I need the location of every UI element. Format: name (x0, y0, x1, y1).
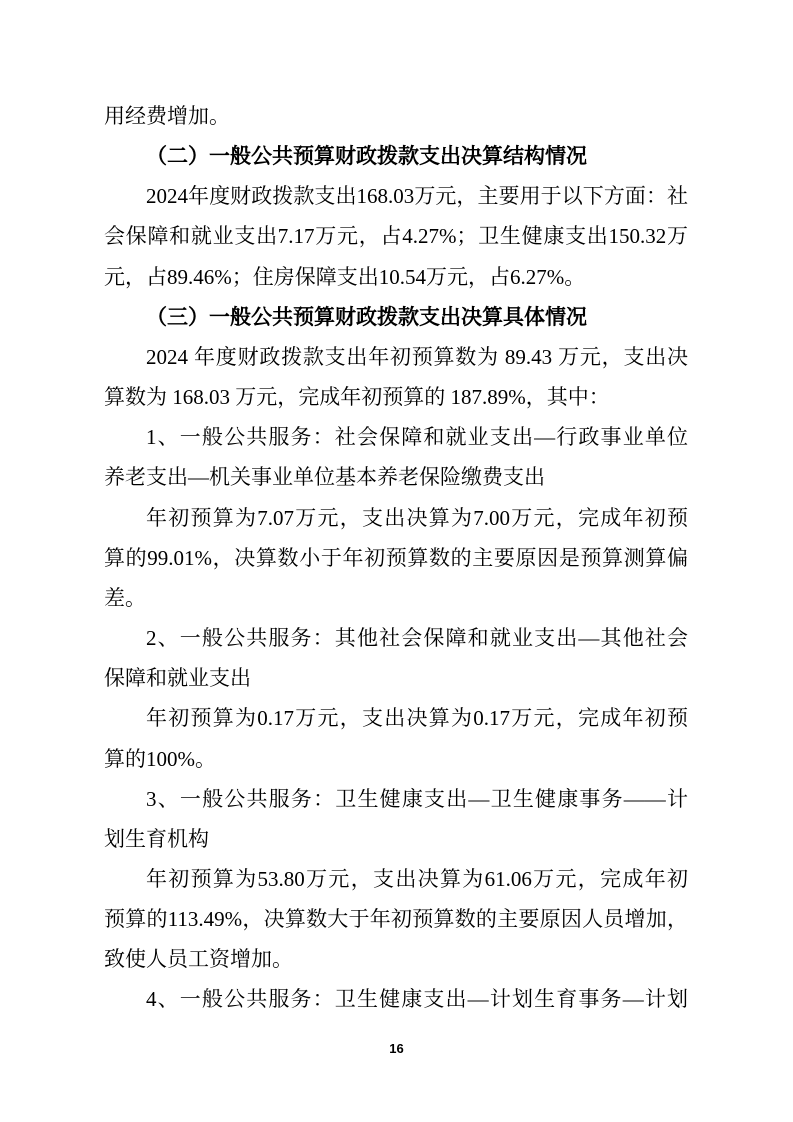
text-line: 致使人员工资增加。 (104, 939, 688, 979)
text-line: 年初预算为0.17万元，支出决算为0.17万元，完成年初预 (104, 698, 688, 738)
text-line: 差。 (104, 578, 688, 618)
text-line: 2、一般公共服务：其他社会保障和就业支出—其他社会 (104, 618, 688, 658)
text-line: 算数为 168.03 万元，完成年初预算的 187.89%，其中： (104, 377, 688, 417)
text-line: 用经费增加。 (104, 96, 688, 136)
section-heading: （三）一般公共预算财政拨款支出决算具体情况 (104, 297, 688, 337)
text-line: 年初预算为7.07万元，支出决算为7.00万元，完成年初预 (104, 498, 688, 538)
text-line: 会保障和就业支出7.17万元，占4.27%；卫生健康支出150.32万 (104, 216, 688, 256)
text-line: 4、一般公共服务：卫生健康支出—计划生育事务—计划 (104, 979, 688, 1019)
text-line: 算的100%。 (104, 739, 688, 779)
document-page: 用经费增加。 （二）一般公共预算财政拨款支出决算结构情况 2024年度财政拨款支… (0, 0, 793, 1122)
page-number: 16 (0, 1041, 793, 1056)
section-heading: （二）一般公共预算财政拨款支出决算结构情况 (104, 136, 688, 176)
text-line: 3、一般公共服务：卫生健康支出—卫生健康事务——计 (104, 779, 688, 819)
text-line: 算的99.01%，决算数小于年初预算数的主要原因是预算测算偏 (104, 538, 688, 578)
text-line: 1、一般公共服务：社会保障和就业支出—行政事业单位 (104, 417, 688, 457)
page-content: 用经费增加。 （二）一般公共预算财政拨款支出决算结构情况 2024年度财政拨款支… (104, 96, 688, 1020)
text-line: 年初预算为53.80万元，支出决算为61.06万元，完成年初 (104, 859, 688, 899)
text-line: 划生育机构 (104, 819, 688, 859)
text-line: 2024年度财政拨款支出168.03万元，主要用于以下方面：社 (104, 176, 688, 216)
text-line: 养老支出—机关事业单位基本养老保险缴费支出 (104, 457, 688, 497)
text-line: 保障和就业支出 (104, 658, 688, 698)
text-line: 2024 年度财政拨款支出年初预算数为 89.43 万元，支出决 (104, 337, 688, 377)
text-line: 预算的113.49%，决算数大于年初预算数的主要原因人员增加， (104, 899, 688, 939)
text-line: 元，占89.46%；住房保障支出10.54万元，占6.27%。 (104, 257, 688, 297)
